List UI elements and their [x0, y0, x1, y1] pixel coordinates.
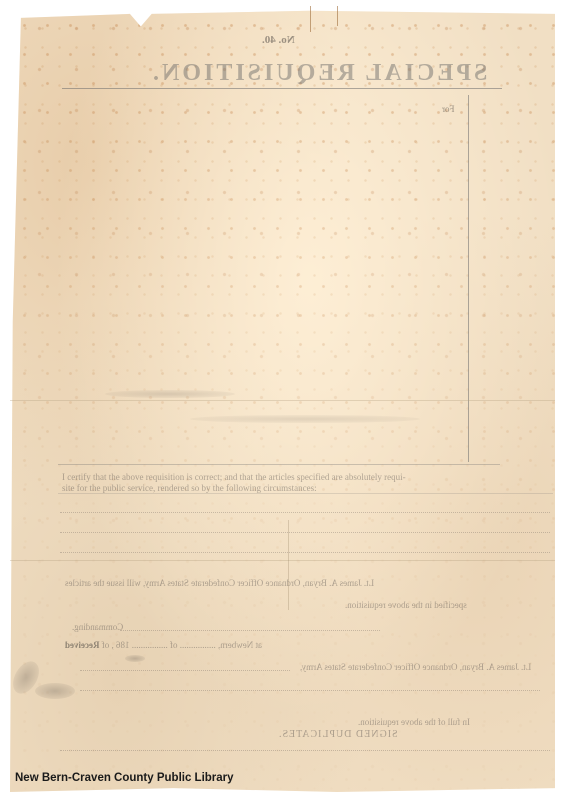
library-credit: New Bern-Craven County Public Library — [15, 772, 234, 784]
box-vertical-rule — [468, 95, 469, 462]
for-label: For — [442, 104, 455, 114]
handwriting-ghost — [105, 390, 235, 398]
received-line-1: at Newbern, ................ of ........… — [65, 640, 262, 650]
received-line-2: Lt. James A. Bryan, Ordnance Officer Con… — [300, 662, 531, 672]
form-number: No. 40. — [262, 34, 295, 46]
certification-rule — [58, 493, 553, 494]
certification-line-2: site for the public service, rendered so… — [62, 483, 317, 493]
blank-line — [60, 512, 550, 513]
issue-order-line-2: specified in the above requisition. — [345, 600, 467, 610]
certification-line-1: I certify that the above requisition is … — [62, 472, 406, 482]
blank-line — [80, 690, 540, 691]
in-full-label: In full of the above requisition. — [358, 717, 470, 727]
fold-crease — [10, 560, 555, 561]
blank-line — [60, 750, 550, 751]
handwriting-ghost — [190, 415, 420, 423]
signature-line — [120, 630, 380, 631]
box-bottom-rule — [58, 464, 500, 465]
blank-line — [80, 670, 290, 671]
ink-smudge — [125, 655, 145, 662]
commanding-label: Commanding. — [72, 622, 123, 632]
ink-smudge — [35, 683, 75, 699]
form-title: SPECIAL REQUISITION. — [150, 60, 487, 87]
header-rule — [62, 88, 502, 89]
issue-order-line-1: Lt. James A. Bryan, Ordnance Officer Con… — [65, 578, 374, 588]
paper-tear — [310, 6, 311, 32]
document-paper — [10, 6, 555, 796]
paper-tear — [337, 6, 338, 26]
blank-line — [60, 552, 550, 553]
foxing-stains — [10, 6, 555, 796]
signed-duplicates-label: SIGNED DUPLICATES. — [278, 729, 398, 740]
blank-line — [60, 532, 550, 533]
vertical-crease — [288, 520, 289, 610]
fold-crease — [10, 400, 555, 401]
